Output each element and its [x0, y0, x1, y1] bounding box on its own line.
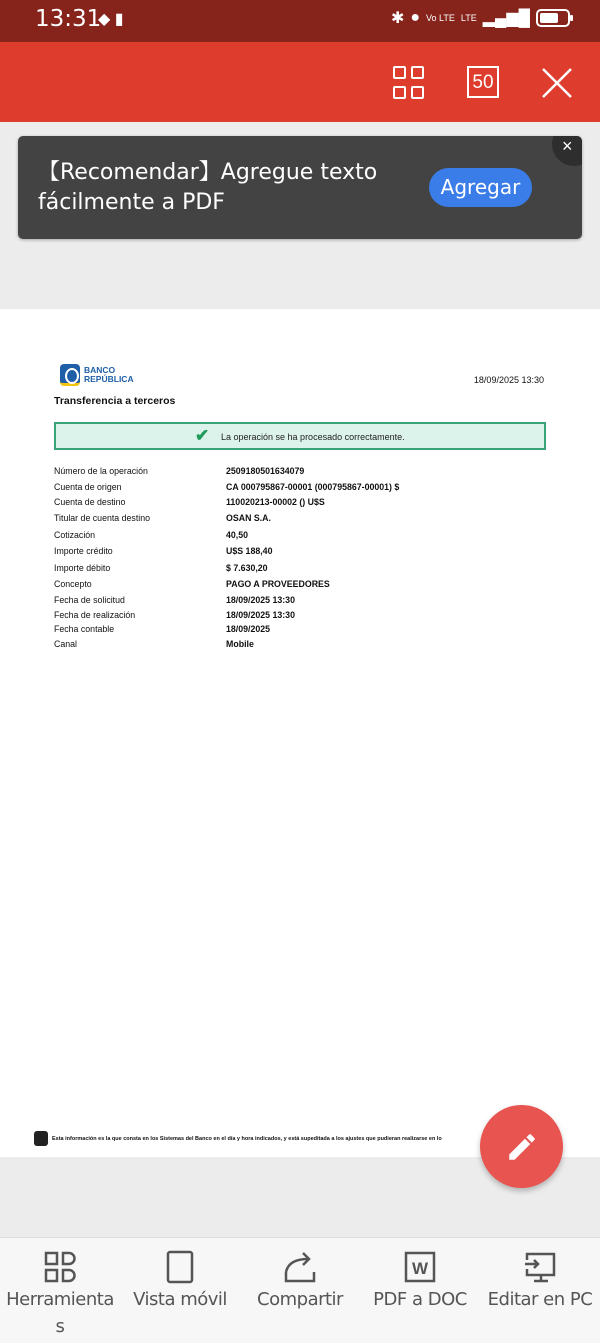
- battery-alert-icon: ▮: [115, 11, 124, 28]
- mobile-view-icon: [166, 1250, 194, 1284]
- svg-text:W: W: [412, 1259, 429, 1278]
- table-row: Fecha de realización18/09/2025 13:30: [54, 610, 554, 625]
- table-row: Número de la operación2509180501634079: [54, 466, 554, 482]
- lte-icon: LTE: [461, 14, 477, 23]
- table-row: Cuenta de origenCA 000795867-00001 (0007…: [54, 482, 554, 498]
- details-table: Número de la operación2509180501634079Cu…: [54, 466, 554, 654]
- table-row: Titular de cuenta destinoOSAN S.A.: [54, 513, 554, 530]
- pencil-icon: [505, 1130, 539, 1164]
- field-value: $ 7.630,20: [226, 563, 268, 580]
- field-label: Número de la operación: [54, 466, 226, 482]
- pdf-to-doc-button[interactable]: W PDF a DOC: [360, 1248, 480, 1313]
- mobile-view-button[interactable]: Vista móvil: [120, 1248, 240, 1313]
- signal-icon: ▂▄▆█: [483, 8, 530, 28]
- word-icon: W: [404, 1251, 436, 1283]
- thumbnails-icon[interactable]: [393, 66, 427, 100]
- add-button[interactable]: Agregar: [429, 168, 532, 207]
- bluetooth-icon: ✱: [391, 8, 404, 28]
- field-value: 18/09/2025 13:30: [226, 610, 295, 625]
- field-value: U$S 188,40: [226, 546, 272, 563]
- table-row: Cotización40,50: [54, 530, 554, 547]
- volte-icon: Vo LTE: [426, 14, 455, 23]
- document-title: Transferencia a terceros: [54, 395, 175, 407]
- footer-note: Esta información es la que consta en los…: [34, 1131, 442, 1146]
- pc-icon: [523, 1250, 557, 1284]
- close-icon: ×: [562, 136, 573, 157]
- field-label: Cuenta de origen: [54, 482, 226, 498]
- field-label: Cuenta de destino: [54, 497, 226, 513]
- success-alert: ✔ La operación se ha procesado correctam…: [54, 422, 546, 450]
- status-bar: 13:31 ◆ ▮ ✱ ● Vo LTE LTE ▂▄▆█: [0, 0, 600, 42]
- checkmark-icon: ✔: [195, 426, 209, 446]
- field-label: Fecha de realización: [54, 610, 226, 625]
- location-icon: ●: [410, 9, 420, 27]
- field-value: 110020213-00002 () U$S: [226, 497, 325, 513]
- share-icon: [283, 1250, 317, 1284]
- battery-icon: [536, 9, 570, 27]
- share-button[interactable]: Compartir: [240, 1248, 360, 1313]
- page-count-button[interactable]: 50: [467, 66, 499, 98]
- tools-button[interactable]: Herramienta s: [0, 1248, 120, 1340]
- field-label: Fecha de solicitud: [54, 595, 226, 610]
- field-label: Cotización: [54, 530, 226, 547]
- banner-text-line2: fácilmente a PDF: [38, 188, 377, 218]
- field-value: Mobile: [226, 639, 254, 654]
- bank-mini-logo-icon: [34, 1131, 48, 1146]
- document-date: 18/09/2025 13:30: [474, 375, 544, 385]
- table-row: ConceptoPAGO A PROVEEDORES: [54, 579, 554, 595]
- table-row: Fecha de solicitud18/09/2025 13:30: [54, 595, 554, 610]
- table-row: Importe débito$ 7.630,20: [54, 563, 554, 580]
- table-row: Cuenta de destino110020213-00002 () U$S: [54, 497, 554, 513]
- clock: 13:31: [35, 6, 101, 32]
- field-value: 18/09/2025 13:30: [226, 595, 295, 610]
- field-label: Concepto: [54, 579, 226, 595]
- app-bar: 50: [0, 42, 600, 122]
- table-row: CanalMobile: [54, 639, 554, 654]
- field-value: 18/09/2025: [226, 624, 270, 639]
- bottom-toolbar: Herramienta s Vista móvil Compartir W PD…: [0, 1237, 600, 1343]
- edit-fab[interactable]: [480, 1105, 563, 1188]
- field-label: Importe crédito: [54, 546, 226, 563]
- field-value: 40,50: [226, 530, 248, 547]
- field-value: 2509180501634079: [226, 466, 304, 482]
- close-icon[interactable]: [540, 66, 574, 100]
- success-message: La operación se ha procesado correctamen…: [221, 432, 405, 442]
- field-label: Importe débito: [54, 563, 226, 580]
- tools-icon: [43, 1250, 77, 1284]
- table-row: Fecha contable18/09/2025: [54, 624, 554, 639]
- table-row: Importe créditoU$S 188,40: [54, 546, 554, 563]
- pdf-page: BANCO REPÚBLICA 18/09/2025 13:30 Transfe…: [0, 309, 600, 1157]
- banner-text-line1: 【Recomendar】Agregue texto: [38, 158, 377, 188]
- banner-close-button[interactable]: ×: [552, 136, 582, 166]
- field-label: Canal: [54, 639, 226, 654]
- field-label: Fecha contable: [54, 624, 226, 639]
- promo-banner: 【Recomendar】Agregue texto fácilmente a P…: [18, 136, 582, 239]
- bank-logo-icon: [60, 364, 80, 386]
- field-label: Titular de cuenta destino: [54, 513, 226, 530]
- field-value: OSAN S.A.: [226, 513, 271, 530]
- field-value: PAGO A PROVEEDORES: [226, 579, 330, 595]
- field-value: CA 000795867-00001 (000795867-00001) $: [226, 482, 399, 498]
- tag-icon: ◆: [98, 11, 110, 28]
- bank-logo: BANCO REPÚBLICA: [60, 364, 134, 386]
- edit-on-pc-button[interactable]: Editar en PC: [480, 1248, 600, 1313]
